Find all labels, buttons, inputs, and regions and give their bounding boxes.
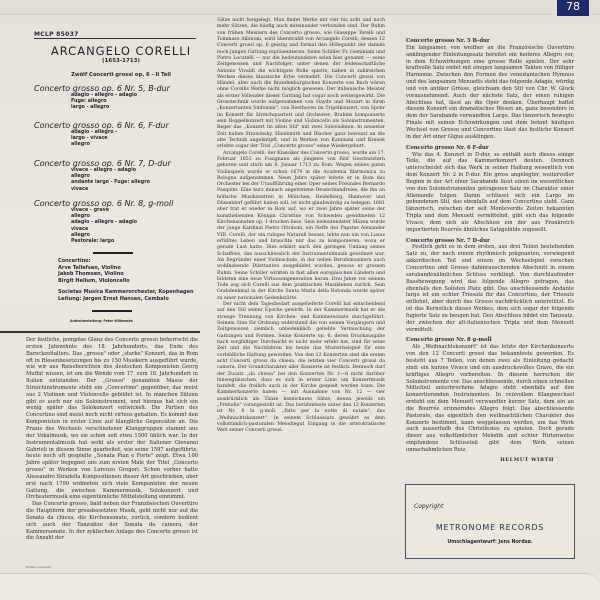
concerto-title: Concerto grosso op. 6 Nr. 6, F-dur bbox=[34, 121, 169, 130]
record-label-name: METRONOME RECORDS bbox=[406, 523, 574, 532]
composer-dates: (1653-1713) bbox=[46, 58, 196, 64]
conductor: Leitung: Jørgen Ernst Hansen, Cembalo bbox=[58, 296, 194, 303]
catalog-badge: 78 bbox=[557, 0, 589, 16]
catalog-number: MCLP 85037 bbox=[34, 31, 79, 38]
essay-column-1: Der festliche, pompöse Glanz des Concert… bbox=[26, 337, 198, 542]
composer-name: ARCANGELO CORELLI bbox=[46, 44, 196, 58]
paragraph: Sätze nicht festgelegt. Man findet Werke… bbox=[217, 18, 385, 151]
movement: allegro bbox=[71, 142, 169, 148]
bottom-flap bbox=[0, 573, 600, 600]
player: Arve Tellefsen, Violino bbox=[58, 265, 130, 272]
player: Birgit Hellum, Violoncello bbox=[58, 278, 130, 285]
copyright-box: Copyright METRONOME RECORDS Umschlagentw… bbox=[405, 484, 575, 559]
movement: largo - allegro bbox=[71, 105, 170, 111]
concerto-5: Concerto grosso op. 6 Nr. 5, B-dur adagi… bbox=[34, 84, 170, 112]
player: Jakob Thomsen, Violino bbox=[58, 271, 130, 278]
concertino-credits: Concertino: Arve Tellefsen, Violino Jako… bbox=[58, 258, 130, 284]
section-heading: Concerto grosso Nr. 6 F-dur bbox=[406, 145, 574, 152]
section-heading: Concerto grosso Nr. 8 g-moll bbox=[406, 337, 574, 344]
section-heading: Concerto grosso Nr. 7 D-dur bbox=[406, 238, 574, 245]
author-signature: HELMUT WIRTH bbox=[406, 457, 554, 464]
concerto-title: Concerto grosso op. 6 Nr. 5, B-dur bbox=[34, 84, 170, 93]
copyright-label: Copyright bbox=[414, 503, 443, 510]
paragraph: Arcangelo Corelli, der Klassiker des Con… bbox=[217, 151, 385, 303]
concerto-title: Concerto grosso op. 6 Nr. 8, g-moll bbox=[34, 199, 173, 208]
paragraph: Als „Weihnachtskonzert" ist das letzte d… bbox=[406, 344, 574, 454]
printer-note: Printed in Denmark bbox=[26, 566, 51, 569]
orchestra-credits: Societas Musica Kammerorchester, Kopenha… bbox=[58, 289, 194, 302]
concerto-7: Concerto grosso op. 6 Nr. 7, D-dur vivac… bbox=[34, 159, 171, 193]
paragraph: Ein langsamer, von weither an die Franzö… bbox=[406, 45, 574, 141]
orchestra: Societas Musica Kammerorchester, Kopenha… bbox=[58, 289, 194, 296]
paragraph: Festlich geht es in dem ersten, aus drei… bbox=[406, 244, 574, 333]
work-subtitle: Zwölf Concerti grossi op. 6 - II Teil bbox=[46, 72, 196, 78]
paragraph: Der festliche, pompöse Glanz des Concert… bbox=[26, 337, 198, 501]
recording-note: Aufnahmeleitung: Peter Willemoës bbox=[70, 319, 133, 323]
paragraph: Der nicht dem Tagesbedarf ausgelieferte … bbox=[217, 302, 385, 435]
concerto-title: Concerto grosso op. 6 Nr. 7, D-dur bbox=[34, 159, 171, 168]
essay-column-2: Sätze nicht festgelegt. Man findet Werke… bbox=[217, 18, 385, 435]
section-rule bbox=[0, 331, 200, 333]
top-flap bbox=[0, 0, 600, 15]
paragraph: Das Concerto grosso, bald neben der Fran… bbox=[26, 501, 198, 542]
movement: vivace bbox=[71, 187, 171, 193]
divider bbox=[92, 310, 132, 312]
concertino-heading: Concertino: bbox=[58, 258, 130, 265]
concerto-6: Concerto grosso op. 6 Nr. 6, F-dur adagi… bbox=[34, 121, 169, 149]
divider bbox=[34, 38, 196, 39]
album-back-cover: 78 MCLP 85037 ARCANGELO CORELLI (1653-17… bbox=[0, 0, 600, 600]
divider bbox=[93, 252, 133, 254]
concerto-8: Concerto grosso op. 6 Nr. 8, g-moll viva… bbox=[34, 199, 173, 245]
movement: Pastorale: largo bbox=[71, 239, 173, 245]
cover-designer: Umschlagentwurf: Jens Nordsø. bbox=[406, 540, 574, 545]
section-heading: Concerto grosso Nr. 5 B-dur bbox=[406, 38, 574, 45]
paragraph: Wie das 4. Konzert in D-dur, so enthält … bbox=[406, 152, 574, 234]
essay-column-3: Concerto grosso Nr. 5 B-dur Ein langsame… bbox=[406, 38, 574, 464]
